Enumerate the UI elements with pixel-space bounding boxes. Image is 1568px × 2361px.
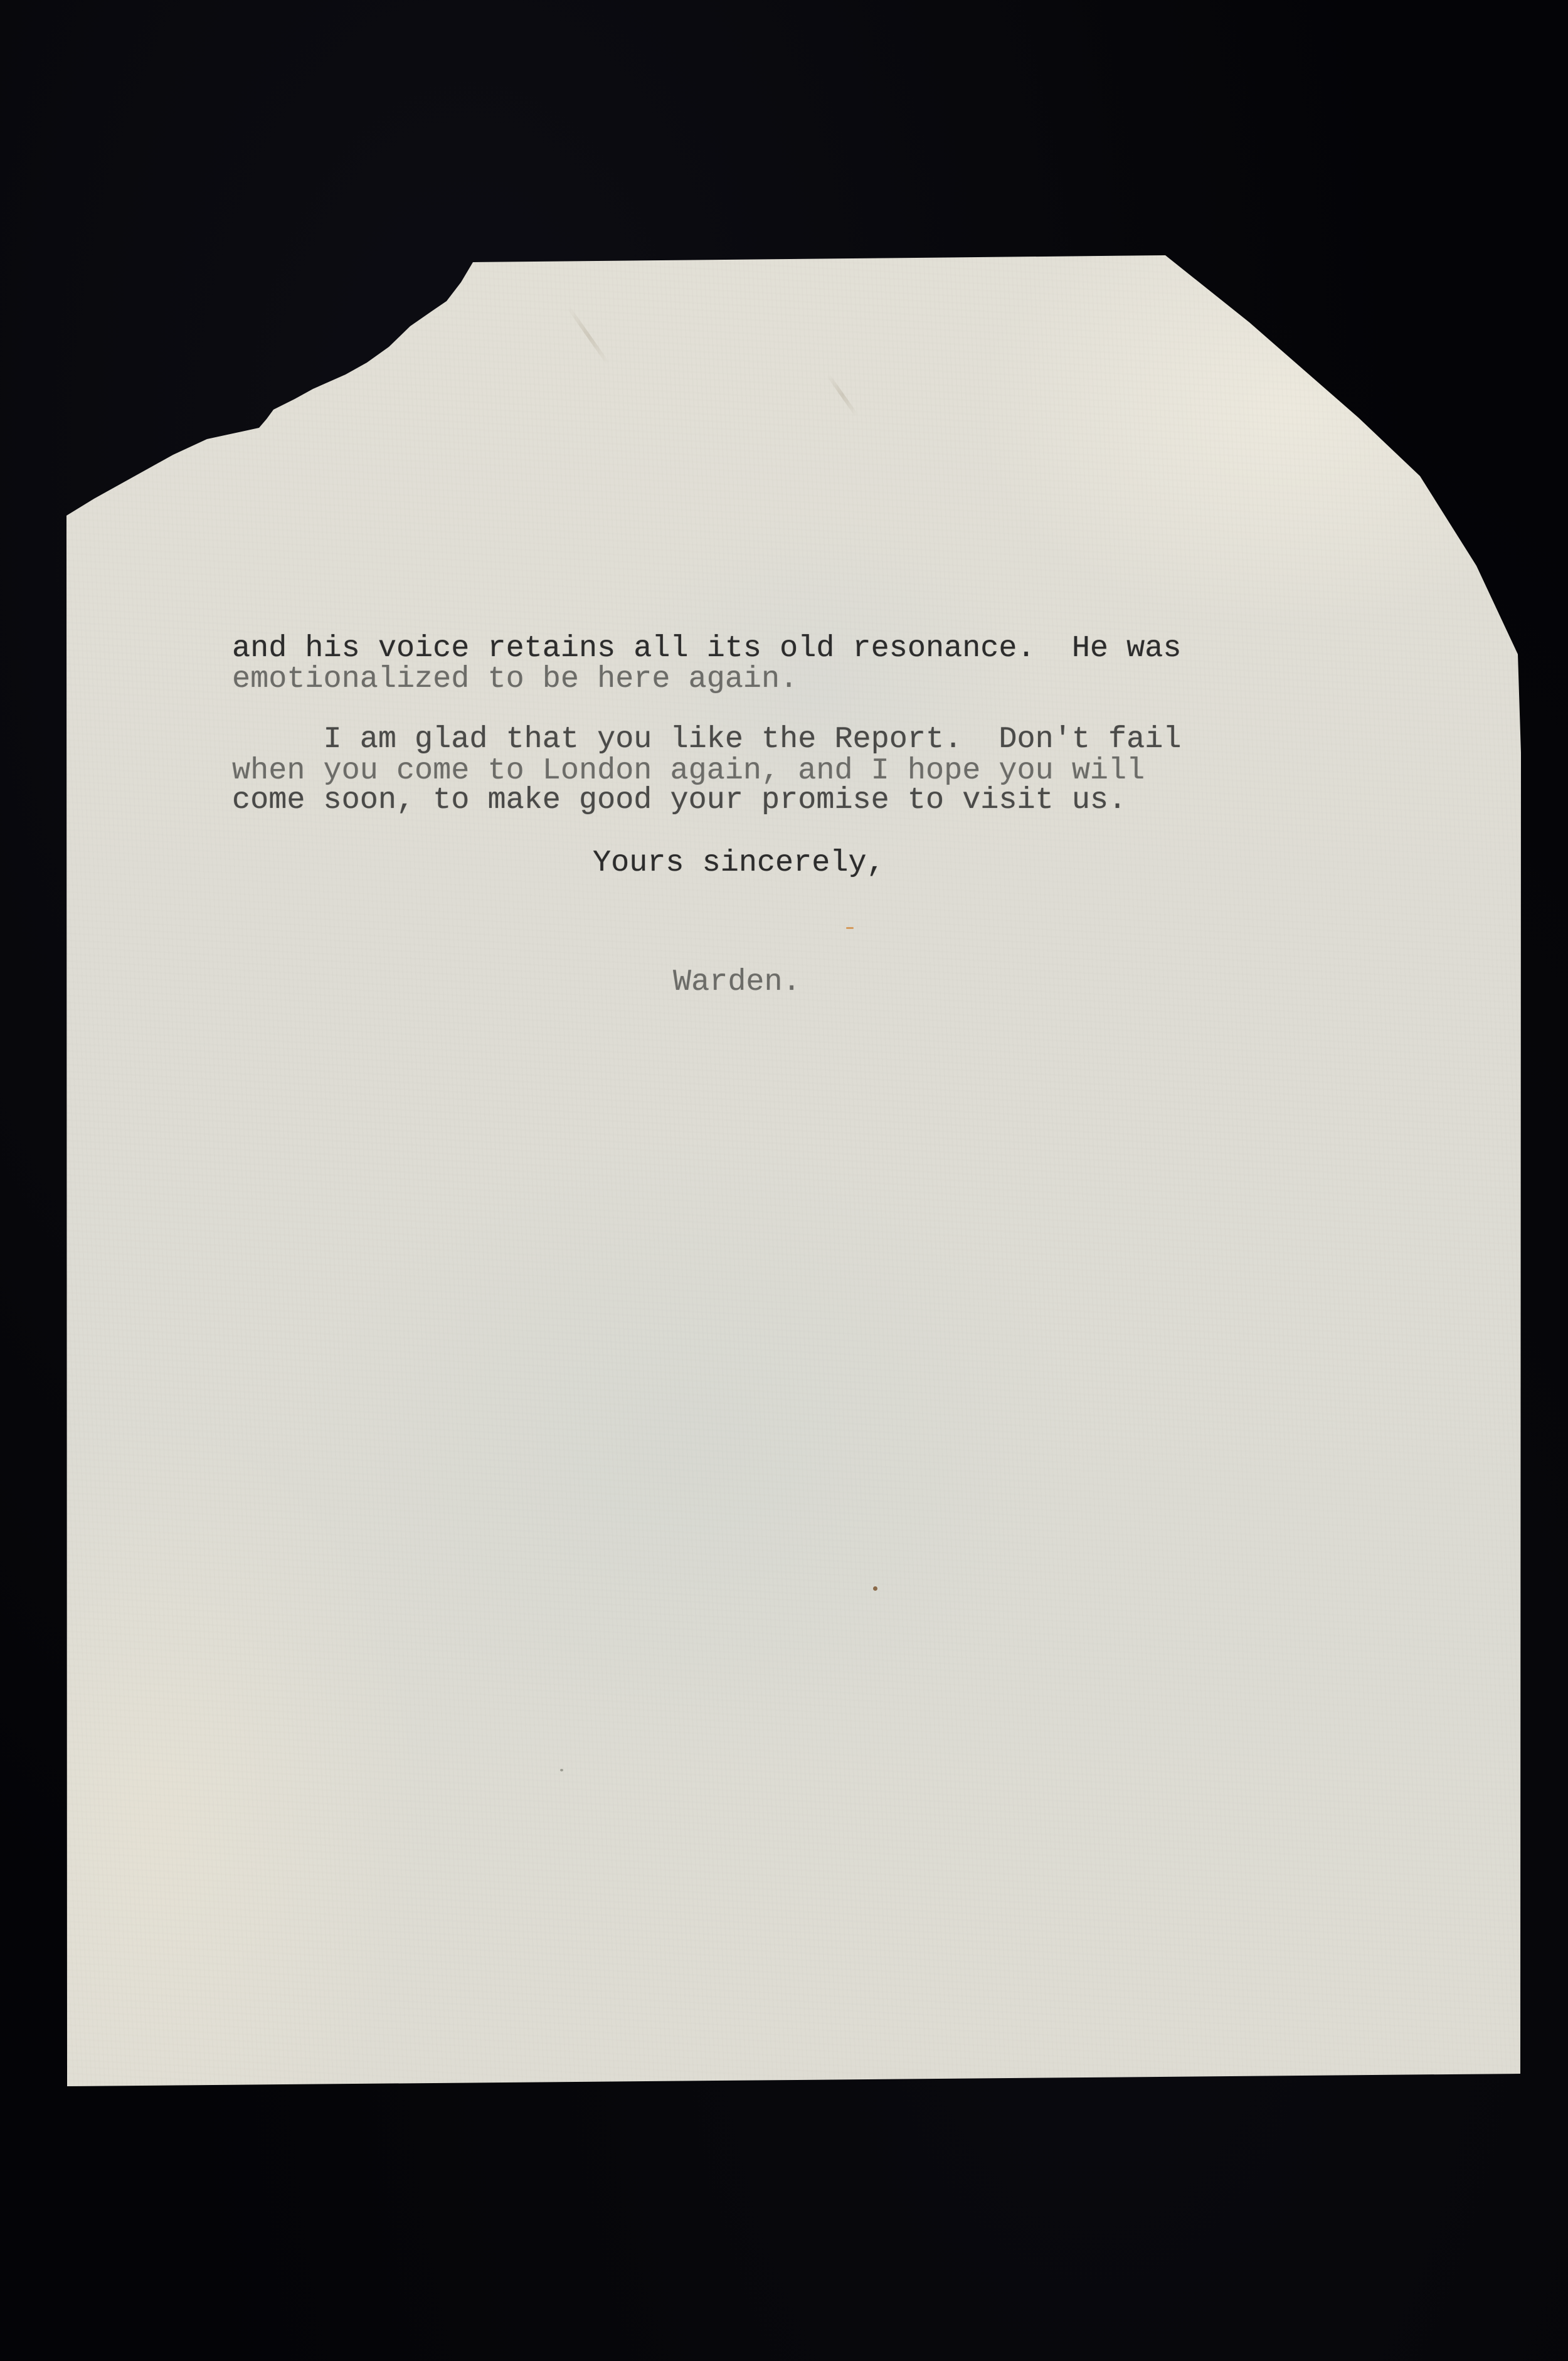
- letter-line-2: emotionalized to be here again.: [232, 664, 798, 694]
- letter-line-1: and his voice retains all its old resona…: [232, 633, 1181, 664]
- closing-salutation: Yours sincerely,: [593, 847, 885, 878]
- letter-line-5: come soon, to make good your promise to …: [232, 785, 1126, 815]
- paper-speck: [873, 1586, 877, 1591]
- signature-title: Warden.: [673, 967, 801, 997]
- letter-line-3: I am glad that you like the Report. Don'…: [232, 724, 1181, 755]
- letter-line-4: when you come to London again, and I hop…: [232, 755, 1145, 786]
- paper-speck: [560, 1769, 563, 1771]
- ink-dash-mark: [846, 927, 854, 929]
